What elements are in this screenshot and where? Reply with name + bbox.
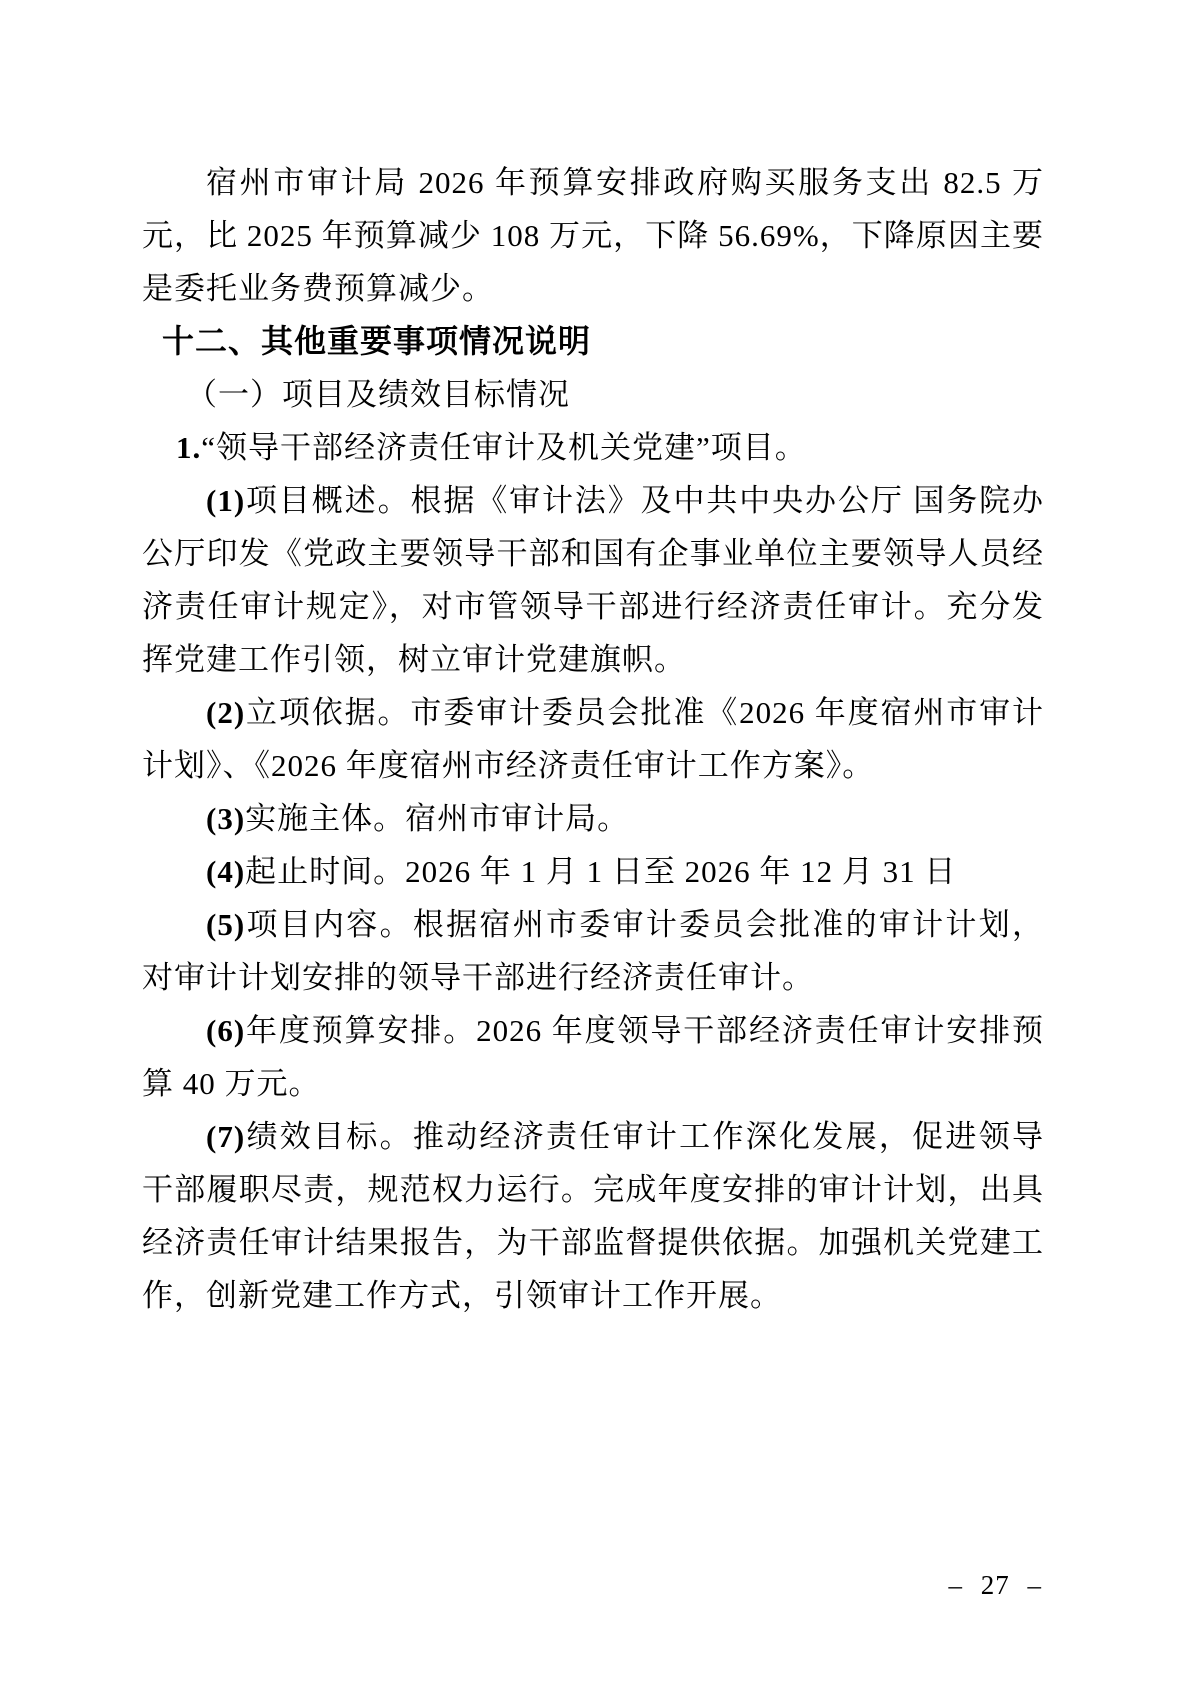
paragraph-text: 起止时间。2026 年 1 月 1 日至 2026 年 12 月 31 日 <box>245 854 956 889</box>
subsection-heading: （一）项目及绩效目标情况 <box>142 368 1044 421</box>
paragraph-number: (3) <box>206 801 245 836</box>
paragraph-number: 1. <box>176 430 201 465</box>
numbered-paragraph: (3)实施主体。宿州市审计局。 <box>142 792 1044 845</box>
paragraph-number: (6) <box>206 1013 245 1048</box>
paragraph-text: 绩效目标。推动经济责任审计工作深化发展，促进领导干部履职尽责，规范权力运行。完成… <box>142 1119 1044 1313</box>
paragraph-text: 宿州市审计局 2026 年预算安排政府购买服务支出 82.5 万元，比 2025… <box>142 165 1044 306</box>
paragraph-text: 立项依据。市委审计委员会批准《2026 年度宿州市审计计划》、《2026 年度宿… <box>142 695 1044 783</box>
numbered-paragraph: (4)起止时间。2026 年 1 月 1 日至 2026 年 12 月 31 日 <box>142 845 1044 898</box>
section-heading: 十二、其他重要事项情况说明 <box>142 315 1044 368</box>
paragraph-text: “领导干部经济责任审计及机关党建”项目。 <box>201 430 807 465</box>
page-number: – 27 – <box>949 1570 1043 1601</box>
paragraph-number: (4) <box>206 854 245 889</box>
paragraph-number: (2) <box>206 695 245 730</box>
paragraph-text: 年度预算安排。2026 年度领导干部经济责任审计安排预算 40 万元。 <box>142 1013 1044 1101</box>
document-page: 宿州市审计局 2026 年预算安排政府购买服务支出 82.5 万元，比 2025… <box>0 0 1190 1683</box>
document-body: 宿州市审计局 2026 年预算安排政府购买服务支出 82.5 万元，比 2025… <box>142 156 1044 1322</box>
paragraph-text: 项目概述。根据《审计法》及中共中央办公厅 国务院办公厅印发《党政主要领导干部和国… <box>142 483 1044 677</box>
paragraph-text: （一）项目及绩效目标情况 <box>186 377 570 412</box>
page-number-text: – 27 – <box>949 1570 1043 1600</box>
paragraph-text: 项目内容。根据宿州市委审计委员会批准的审计计划，对审计计划安排的领导干部进行经济… <box>142 907 1044 995</box>
paragraph-number: (1) <box>206 483 245 518</box>
numbered-paragraph: (2)立项依据。市委审计委员会批准《2026 年度宿州市审计计划》、《2026 … <box>142 686 1044 792</box>
numbered-paragraph: (1)项目概述。根据《审计法》及中共中央办公厅 国务院办公厅印发《党政主要领导干… <box>142 474 1044 686</box>
numbered-paragraph: (7)绩效目标。推动经济责任审计工作深化发展，促进领导干部履职尽责，规范权力运行… <box>142 1110 1044 1322</box>
paragraph-text: 十二、其他重要事项情况说明 <box>162 323 591 359</box>
paragraph-number: (7) <box>206 1119 245 1154</box>
paragraph: 宿州市审计局 2026 年预算安排政府购买服务支出 82.5 万元，比 2025… <box>142 156 1044 315</box>
numbered-paragraph: (5)项目内容。根据宿州市委审计委员会批准的审计计划，对审计计划安排的领导干部进… <box>142 898 1044 1004</box>
item-title: 1.“领导干部经济责任审计及机关党建”项目。 <box>142 421 1044 474</box>
paragraph-text: 实施主体。宿州市审计局。 <box>245 801 629 836</box>
numbered-paragraph: (6)年度预算安排。2026 年度领导干部经济责任审计安排预算 40 万元。 <box>142 1004 1044 1110</box>
paragraph-number: (5) <box>206 907 245 942</box>
